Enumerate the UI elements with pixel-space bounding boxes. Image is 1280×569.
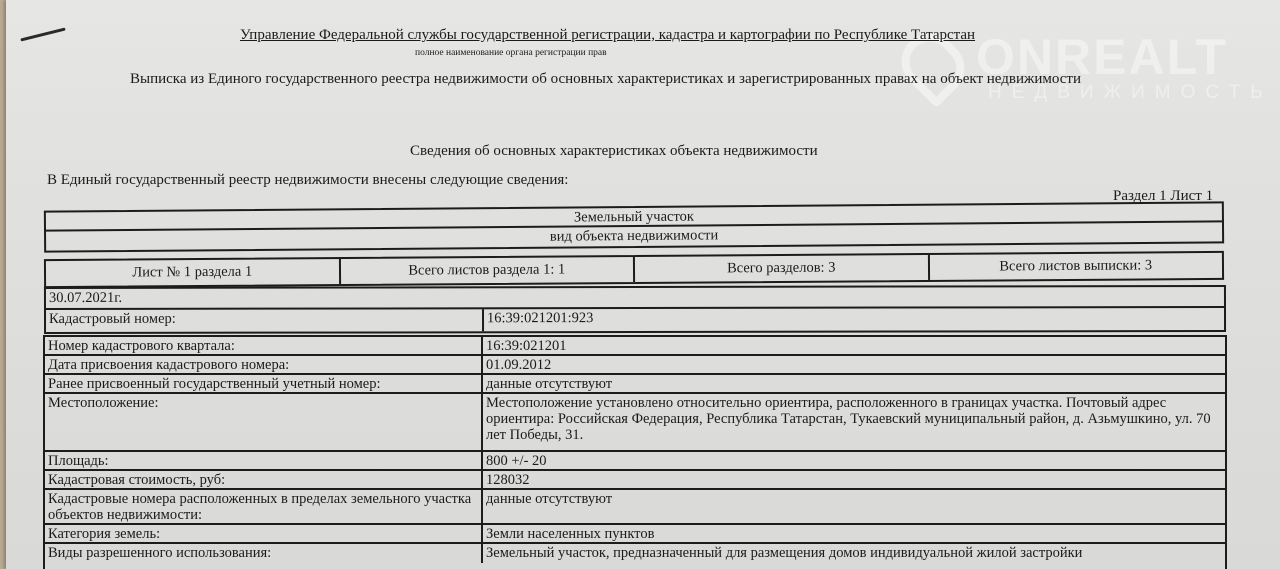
row-label: Дата присвоения кадастрового номера: bbox=[45, 356, 483, 373]
row-value: Местоположение установлено относительно … bbox=[483, 394, 1225, 450]
sections-total: Всего разделов: 3 bbox=[635, 255, 930, 282]
authority-caption: полное наименование органа регистрации п… bbox=[415, 48, 607, 58]
row-value: данные отсутствуют bbox=[483, 375, 1225, 392]
row-value: 01.09.2012 bbox=[483, 356, 1225, 373]
intro-text: В Единый государственный реестр недвижим… bbox=[47, 172, 568, 189]
row-value: 800 +/- 20 bbox=[483, 452, 1225, 469]
row-label: Виды разрешенного использования: bbox=[45, 544, 483, 563]
registration-authority: Управление Федеральной службы государств… bbox=[240, 27, 975, 44]
row-label: Площадь: bbox=[45, 452, 483, 469]
row-value: данные отсутствуют bbox=[483, 490, 1225, 523]
cadastral-number-value: 16:39:021201:923 bbox=[484, 308, 1224, 331]
date-row: 30.07.2021г. bbox=[46, 287, 1224, 310]
table-row: Категория земель: Земли населенных пункт… bbox=[45, 525, 1225, 544]
date-cadastral-box: 30.07.2021г. Кадастровый номер: 16:39:02… bbox=[44, 285, 1226, 334]
extract-title: Выписка из Единого государственного реес… bbox=[130, 71, 1081, 88]
row-label: Кадастровая стоимость, руб: bbox=[45, 471, 483, 488]
row-label: Категория земель: bbox=[45, 525, 483, 542]
row-label: Местоположение: bbox=[45, 394, 483, 450]
row-label: Кадастровые номера расположенных в преде… bbox=[45, 490, 483, 523]
row-value: 128032 bbox=[483, 471, 1225, 488]
object-type-caption: вид объекта недвижимости bbox=[547, 226, 721, 246]
cadastral-number-row: Кадастровый номер: 16:39:021201:923 bbox=[46, 308, 1224, 332]
table-row: Местоположение: Местоположение установле… bbox=[45, 394, 1225, 452]
row-label: Номер кадастрового квартала: bbox=[45, 337, 483, 354]
sheet-info-row: Лист № 1 раздела 1 Всего листов раздела … bbox=[46, 253, 1222, 286]
table-row: Дата присвоения кадастрового номера: 01.… bbox=[45, 356, 1225, 375]
section-title: Сведения об основных характеристиках объ… bbox=[410, 143, 818, 160]
object-type: Земельный участок bbox=[571, 208, 697, 226]
row-label: Ранее присвоенный государственный учетны… bbox=[45, 375, 483, 392]
table-row: Виды разрешенного использования: Земельн… bbox=[45, 544, 1225, 563]
table-row: Номер кадастрового квартала: 16:39:02120… bbox=[45, 337, 1225, 356]
row-value: 16:39:021201 bbox=[483, 337, 1225, 354]
pen-mark bbox=[20, 27, 65, 41]
extract-sheets-total: Всего листов выписки: 3 bbox=[929, 253, 1222, 280]
characteristics-table: Номер кадастрового квартала: 16:39:02120… bbox=[43, 335, 1227, 569]
table-row: Площадь: 800 +/- 20 bbox=[45, 452, 1225, 471]
section-sheets-total: Всего листов раздела 1: 1 bbox=[340, 257, 635, 284]
row-value: Земли населенных пунктов bbox=[483, 525, 1225, 542]
row-value: Земельный участок, предназначенный для р… bbox=[483, 544, 1225, 563]
table-row: Кадастровая стоимость, руб: 128032 bbox=[45, 471, 1225, 490]
extract-date: 30.07.2021г. bbox=[46, 289, 125, 308]
cadastral-number-label: Кадастровый номер: bbox=[46, 309, 484, 332]
sheet-number: Лист № 1 раздела 1 bbox=[46, 259, 341, 286]
table-row: Ранее присвоенный государственный учетны… bbox=[45, 375, 1225, 394]
table-row: Кадастровые номера расположенных в преде… bbox=[45, 490, 1225, 525]
